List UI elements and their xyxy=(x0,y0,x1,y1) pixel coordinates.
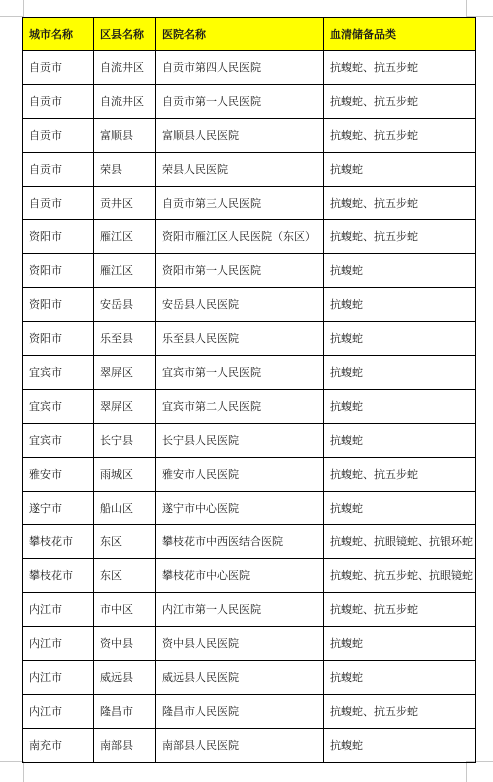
cell-serum-type: 抗蝮蛇 xyxy=(324,322,476,356)
table-row: 自贡市自流井区自贡市第一人民医院抗蝮蛇、抗五步蛇 xyxy=(23,84,476,118)
cell-city: 宜宾市 xyxy=(23,356,94,390)
cell-district: 安岳县 xyxy=(94,288,156,322)
cell-district: 市中区 xyxy=(94,593,156,627)
page-corner-mark-bottom-left xyxy=(0,761,23,762)
cell-hospital: 自贡市第四人民医院 xyxy=(156,51,324,85)
table-row: 宜宾市翠屏区宜宾市第二人民医院抗蝮蛇 xyxy=(23,389,476,423)
cell-district: 自流井区 xyxy=(94,51,156,85)
hospital-serum-table: 城市名称 区县名称 医院名称 血清储备品类 自贡市自流井区自贡市第四人民医院抗蝮… xyxy=(22,17,476,763)
table-row: 攀枝花市东区攀枝花市中西医结合医院抗蝮蛇、抗眼镜蛇、抗银环蛇 xyxy=(23,525,476,559)
cell-serum-type: 抗蝮蛇、抗五步蛇 xyxy=(324,118,476,152)
cell-hospital: 富顺县人民医院 xyxy=(156,118,324,152)
cell-district: 荣县 xyxy=(94,152,156,186)
cell-district: 翠屏区 xyxy=(94,389,156,423)
cell-hospital: 自贡市第三人民医院 xyxy=(156,186,324,220)
cell-hospital: 荣县人民医院 xyxy=(156,152,324,186)
table-body: 自贡市自流井区自贡市第四人民医院抗蝮蛇、抗五步蛇自贡市自流井区自贡市第一人民医院… xyxy=(23,51,476,763)
cell-city: 南充市 xyxy=(23,728,94,762)
cell-hospital: 南部县人民医院 xyxy=(156,728,324,762)
column-header-district: 区县名称 xyxy=(94,18,156,51)
table-row: 自贡市自流井区自贡市第四人民医院抗蝮蛇、抗五步蛇 xyxy=(23,51,476,85)
cell-district: 南部县 xyxy=(94,728,156,762)
table-row: 资阳市雁江区资阳市雁江区人民医院（东区）抗蝮蛇、抗五步蛇 xyxy=(23,220,476,254)
table-row: 宜宾市长宁县长宁县人民医院抗蝮蛇 xyxy=(23,423,476,457)
page-corner-mark-bottom-left xyxy=(23,761,24,782)
cell-serum-type: 抗蝮蛇 xyxy=(324,491,476,525)
cell-district: 船山区 xyxy=(94,491,156,525)
cell-hospital: 自贡市第一人民医院 xyxy=(156,84,324,118)
cell-district: 威远县 xyxy=(94,661,156,695)
cell-city: 资阳市 xyxy=(23,254,94,288)
cell-hospital: 遂宁市中心医院 xyxy=(156,491,324,525)
cell-serum-type: 抗蝮蛇 xyxy=(324,423,476,457)
cell-serum-type: 抗蝮蛇、抗五步蛇 xyxy=(324,186,476,220)
table-header-row: 城市名称 区县名称 医院名称 血清储备品类 xyxy=(23,18,476,51)
table-row: 资阳市乐至县乐至县人民医院抗蝮蛇 xyxy=(23,322,476,356)
cell-district: 长宁县 xyxy=(94,423,156,457)
page-corner-mark-bottom-right xyxy=(466,761,467,782)
cell-city: 遂宁市 xyxy=(23,491,94,525)
cell-district: 隆昌市 xyxy=(94,694,156,728)
table-row: 雅安市雨城区雅安市人民医院抗蝮蛇、抗五步蛇 xyxy=(23,457,476,491)
table-row: 内江市隆昌市隆昌市人民医院抗蝮蛇、抗五步蛇 xyxy=(23,694,476,728)
cell-serum-type: 抗蝮蛇、抗五步蛇 xyxy=(324,220,476,254)
page-corner-mark-top-left xyxy=(0,16,23,17)
cell-hospital: 资阳市雁江区人民医院（东区） xyxy=(156,220,324,254)
cell-hospital: 乐至县人民医院 xyxy=(156,322,324,356)
cell-city: 资阳市 xyxy=(23,220,94,254)
cell-hospital: 隆昌市人民医院 xyxy=(156,694,324,728)
cell-district: 贡井区 xyxy=(94,186,156,220)
cell-hospital: 威远县人民医院 xyxy=(156,661,324,695)
cell-serum-type: 抗蝮蛇、抗五步蛇 xyxy=(324,694,476,728)
cell-city: 资阳市 xyxy=(23,322,94,356)
page-corner-mark-top-left xyxy=(23,0,24,17)
cell-city: 内江市 xyxy=(23,694,94,728)
cell-serum-type: 抗蝮蛇 xyxy=(324,152,476,186)
cell-serum-type: 抗蝮蛇 xyxy=(324,254,476,288)
cell-district: 富顺县 xyxy=(94,118,156,152)
cell-city: 宜宾市 xyxy=(23,389,94,423)
table-row: 资阳市雁江区资阳市第一人民医院抗蝮蛇 xyxy=(23,254,476,288)
cell-city: 内江市 xyxy=(23,661,94,695)
column-header-city: 城市名称 xyxy=(23,18,94,51)
cell-serum-type: 抗蝮蛇 xyxy=(324,661,476,695)
cell-hospital: 长宁县人民医院 xyxy=(156,423,324,457)
cell-serum-type: 抗蝮蛇 xyxy=(324,627,476,661)
cell-district: 东区 xyxy=(94,525,156,559)
table-row: 内江市威远县威远县人民医院抗蝮蛇 xyxy=(23,661,476,695)
table-row: 自贡市富顺县富顺县人民医院抗蝮蛇、抗五步蛇 xyxy=(23,118,476,152)
cell-serum-type: 抗蝮蛇、抗五步蛇、抗眼镜蛇 xyxy=(324,559,476,593)
cell-city: 自贡市 xyxy=(23,152,94,186)
cell-district: 东区 xyxy=(94,559,156,593)
cell-serum-type: 抗蝮蛇、抗五步蛇 xyxy=(324,457,476,491)
table-row: 自贡市荣县荣县人民医院抗蝮蛇 xyxy=(23,152,476,186)
cell-city: 内江市 xyxy=(23,593,94,627)
table-row: 资阳市安岳县安岳县人民医院抗蝮蛇 xyxy=(23,288,476,322)
cell-hospital: 资阳市第一人民医院 xyxy=(156,254,324,288)
table-row: 自贡市贡井区自贡市第三人民医院抗蝮蛇、抗五步蛇 xyxy=(23,186,476,220)
cell-city: 宜宾市 xyxy=(23,423,94,457)
cell-city: 自贡市 xyxy=(23,118,94,152)
page-corner-mark-top-right xyxy=(466,0,467,17)
cell-serum-type: 抗蝮蛇 xyxy=(324,356,476,390)
table-row: 南充市南部县南部县人民医院抗蝮蛇 xyxy=(23,728,476,762)
cell-district: 翠屏区 xyxy=(94,356,156,390)
cell-city: 自贡市 xyxy=(23,84,94,118)
cell-city: 内江市 xyxy=(23,627,94,661)
cell-city: 雅安市 xyxy=(23,457,94,491)
cell-serum-type: 抗蝮蛇、抗五步蛇 xyxy=(324,593,476,627)
cell-hospital: 安岳县人民医院 xyxy=(156,288,324,322)
cell-district: 雁江区 xyxy=(94,254,156,288)
cell-serum-type: 抗蝮蛇、抗眼镜蛇、抗银环蛇 xyxy=(324,525,476,559)
cell-hospital: 宜宾市第二人民医院 xyxy=(156,389,324,423)
column-header-hospital: 医院名称 xyxy=(156,18,324,51)
cell-city: 自贡市 xyxy=(23,51,94,85)
column-header-serum-type: 血清储备品类 xyxy=(324,18,476,51)
table-row: 攀枝花市东区攀枝花市中心医院抗蝮蛇、抗五步蛇、抗眼镜蛇 xyxy=(23,559,476,593)
cell-serum-type: 抗蝮蛇 xyxy=(324,288,476,322)
cell-hospital: 资中县人民医院 xyxy=(156,627,324,661)
cell-district: 资中县 xyxy=(94,627,156,661)
cell-serum-type: 抗蝮蛇、抗五步蛇 xyxy=(324,84,476,118)
table-row: 遂宁市船山区遂宁市中心医院抗蝮蛇 xyxy=(23,491,476,525)
table-row: 宜宾市翠屏区宜宾市第一人民医院抗蝮蛇 xyxy=(23,356,476,390)
cell-hospital: 内江市第一人民医院 xyxy=(156,593,324,627)
cell-district: 雁江区 xyxy=(94,220,156,254)
cell-hospital: 攀枝花市中西医结合医院 xyxy=(156,525,324,559)
cell-city: 攀枝花市 xyxy=(23,559,94,593)
cell-hospital: 雅安市人民医院 xyxy=(156,457,324,491)
cell-city: 自贡市 xyxy=(23,186,94,220)
cell-hospital: 宜宾市第一人民医院 xyxy=(156,356,324,390)
cell-hospital: 攀枝花市中心医院 xyxy=(156,559,324,593)
cell-district: 乐至县 xyxy=(94,322,156,356)
cell-serum-type: 抗蝮蛇、抗五步蛇 xyxy=(324,51,476,85)
table-row: 内江市市中区内江市第一人民医院抗蝮蛇、抗五步蛇 xyxy=(23,593,476,627)
cell-district: 自流井区 xyxy=(94,84,156,118)
cell-city: 资阳市 xyxy=(23,288,94,322)
cell-city: 攀枝花市 xyxy=(23,525,94,559)
cell-serum-type: 抗蝮蛇 xyxy=(324,728,476,762)
cell-serum-type: 抗蝮蛇 xyxy=(324,389,476,423)
table-row: 内江市资中县资中县人民医院抗蝮蛇 xyxy=(23,627,476,661)
cell-district: 雨城区 xyxy=(94,457,156,491)
